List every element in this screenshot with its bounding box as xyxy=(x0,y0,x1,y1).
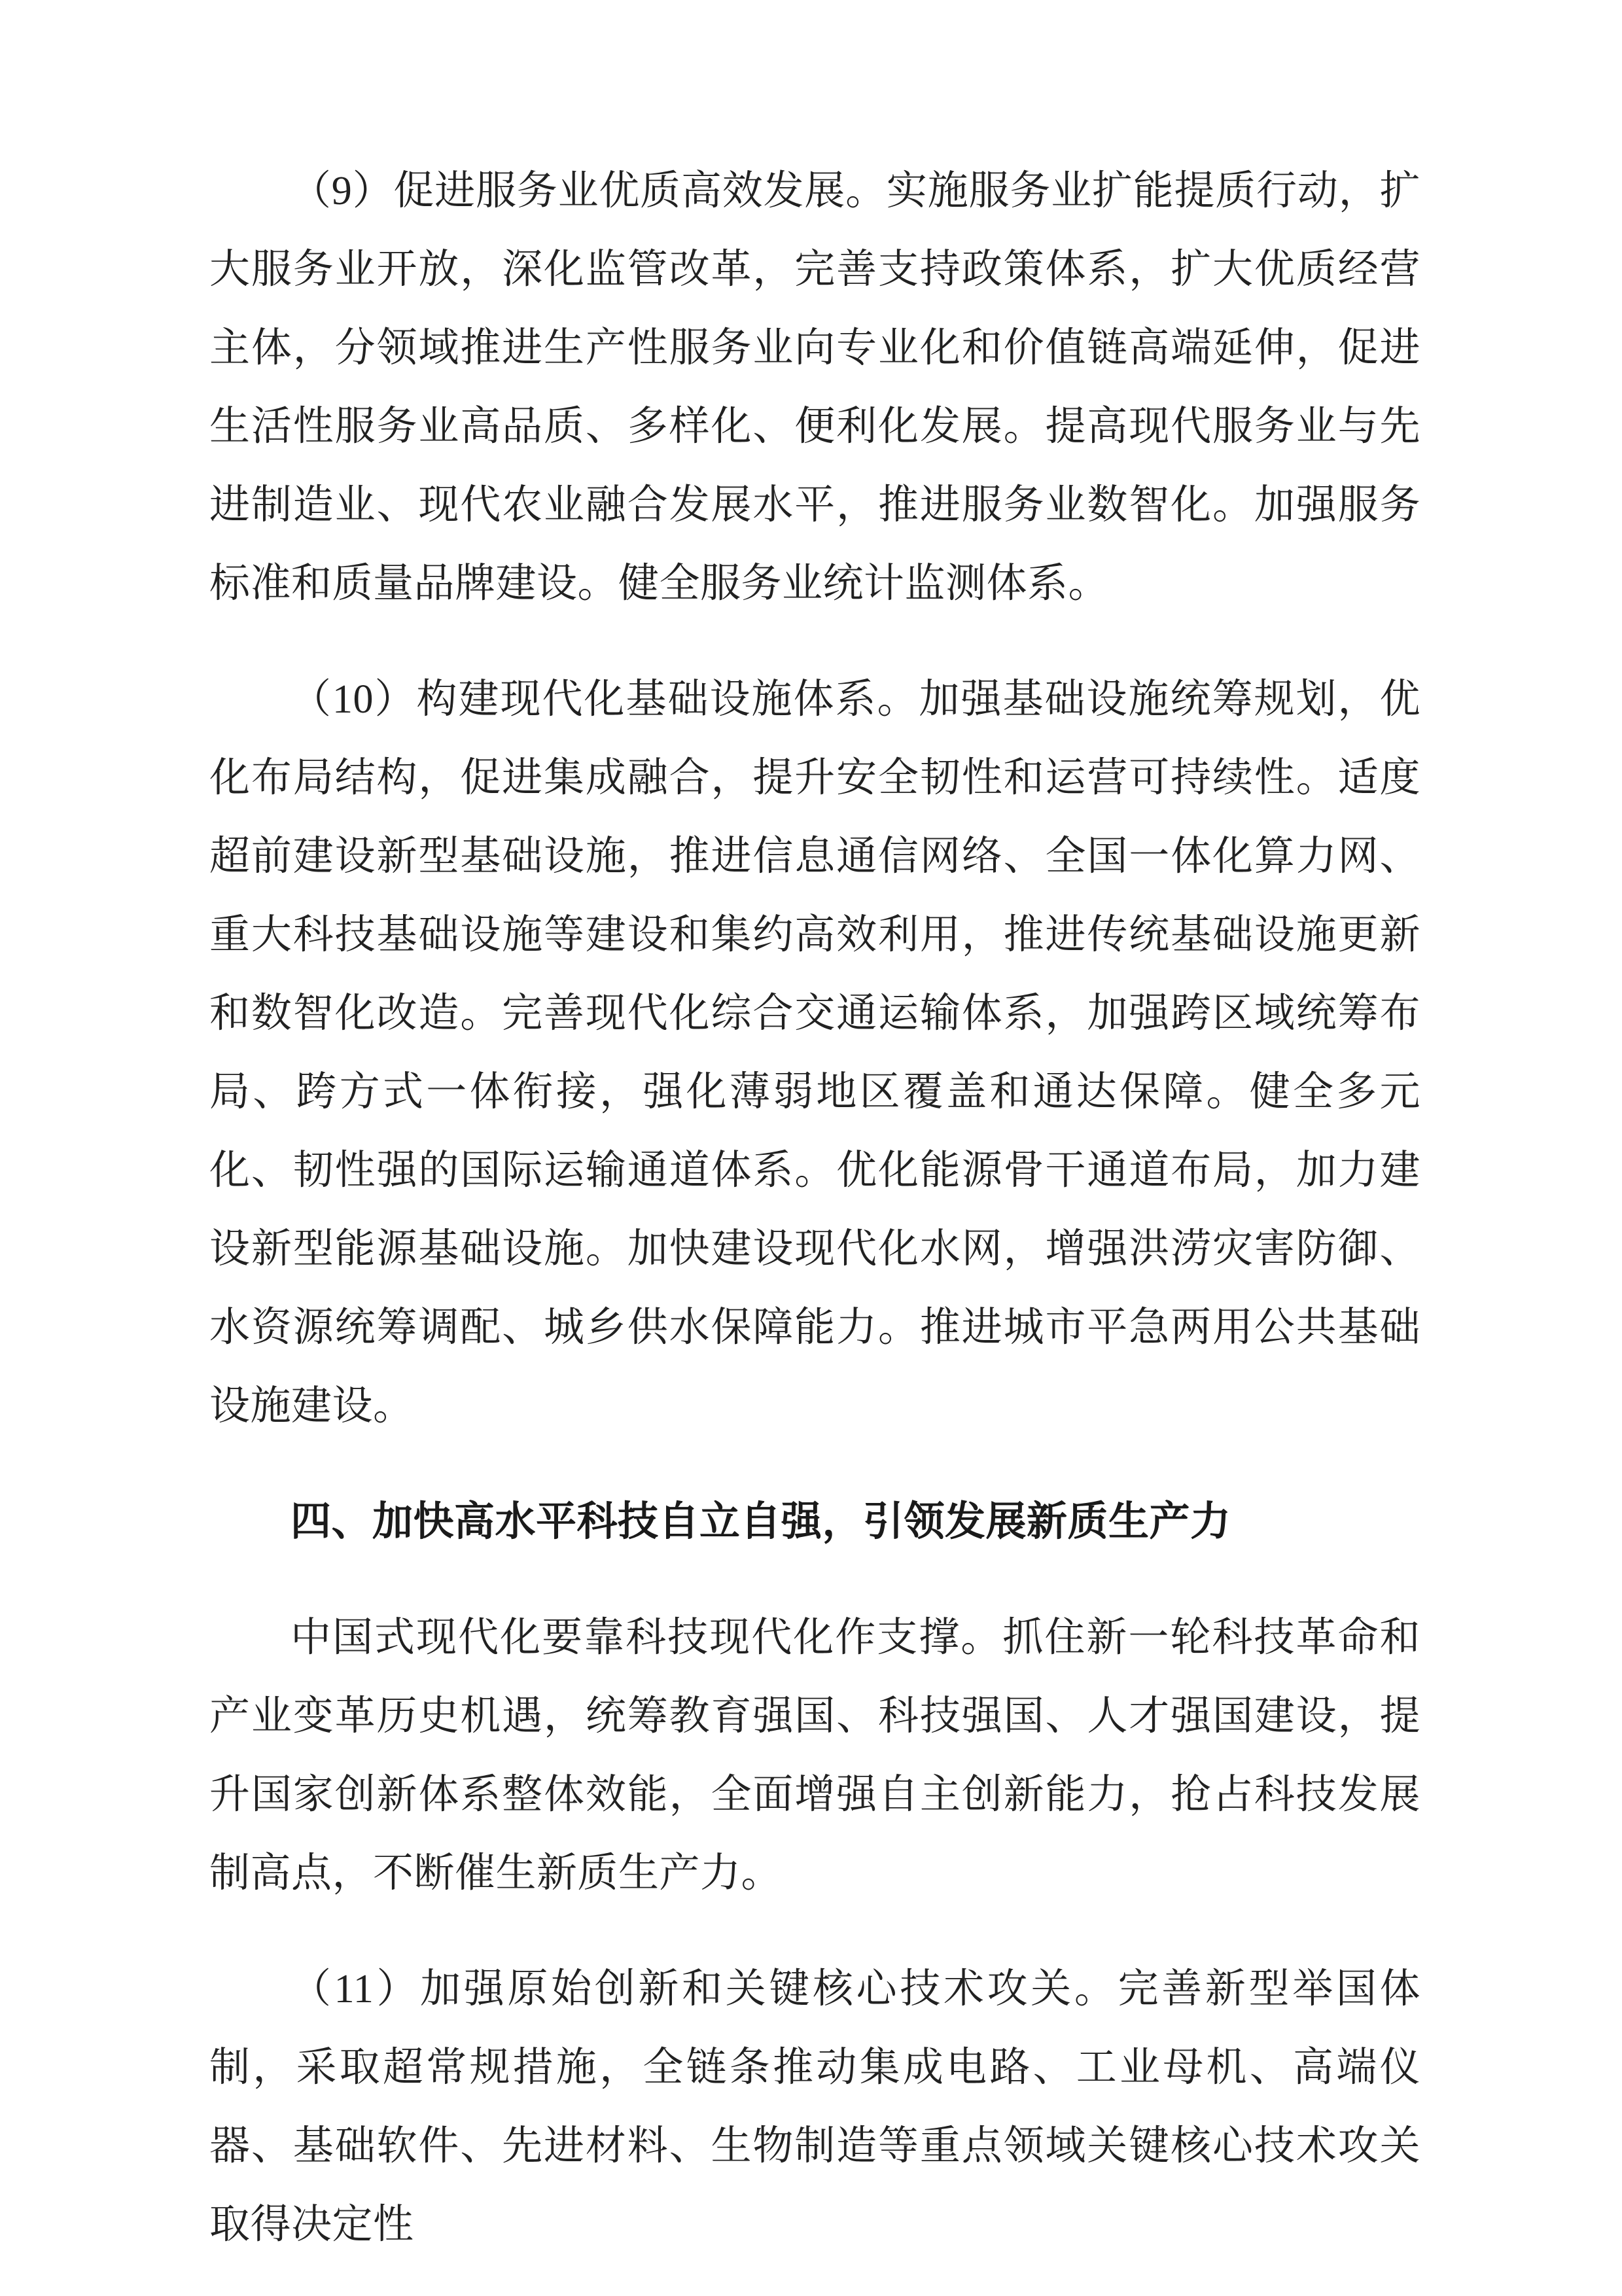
paragraph-item-9: （9）促进服务业优质高效发展。实施服务业扩能提质行动，扩大服务业开放，深化监管改… xyxy=(209,152,1420,623)
document-page: （9）促进服务业优质高效发展。实施服务业扩能提质行动，扩大服务业开放，深化监管改… xyxy=(0,0,1622,2296)
paragraph-section-intro: 中国式现代化要靠科技现代化作支撑。抓住新一轮科技革命和产业变革历史机遇，统筹教育… xyxy=(209,1598,1420,1913)
paragraph-item-11: （11）加强原始创新和关键核心技术攻关。完善新型举国体制，采取超常规措施，全链条… xyxy=(209,1950,1420,2264)
paragraph-item-10: （10）构建现代化基础设施体系。加强基础设施统筹规划，优化布局结构，促进集成融合… xyxy=(209,660,1420,1445)
section-heading-4: 四、加快高水平科技自立自强，引领发展新质生产力 xyxy=(209,1483,1420,1561)
